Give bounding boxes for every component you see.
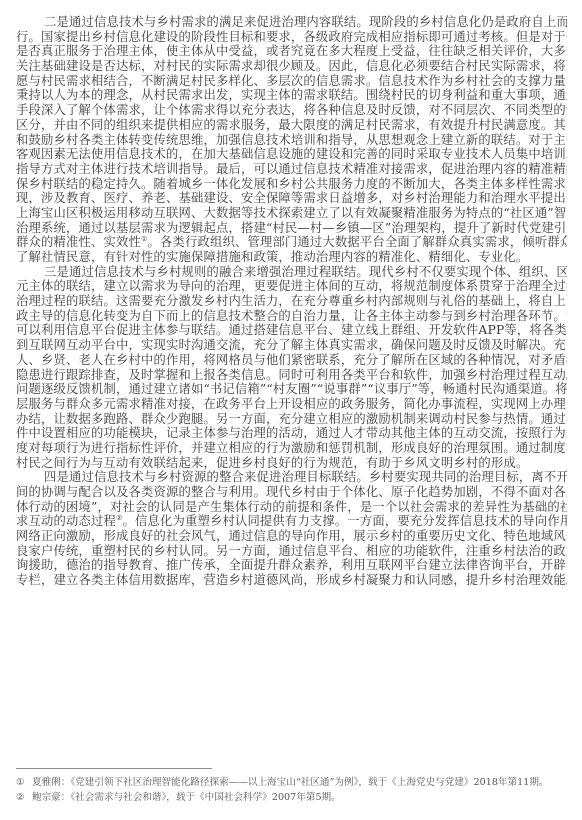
text-line: 询援助，德治的指导教育、推广传承，全面提升群众素养，利用互联网平台建立法律咨询平… <box>16 558 567 573</box>
document-page: 二是通过信息技术与乡村需求的满足来促进治理内容联结。现阶段的乡村信息化仍是政府自… <box>0 0 582 820</box>
text-line: 良家户传统，重塑村民的乡村认同。另一方面，通过信息平台、相应的功能软件，注重乡村… <box>16 544 567 559</box>
footnote-divider <box>16 768 212 769</box>
text-line: 间的协调与配合以及各类资源的整合与利用。现代乡村由于个体化、原子化趋势加剧，不得… <box>16 485 567 500</box>
text-line: 度对每项行为进行指标性评价，并建立相应的行为激励和惩罚机制，形成良好的治理氛围。… <box>16 441 567 456</box>
text-line: 到互联网互动平台中，实现实时沟通交流，充分了解主体真实需求，确保问题及时反馈及时… <box>16 338 567 353</box>
footnote-marker: ① <box>16 775 32 790</box>
footnote-reference[interactable]: ② <box>116 514 122 522</box>
text-line: 元主体的联结，建立以需求为导向的治理，更要促进主体间的互动，将规范制度体系贯穿于… <box>16 279 567 294</box>
text-line: 现，涉及教育、医疗、养老、基础建设、安全保障等需求日益增多，对乡村治理能力和治理… <box>16 191 567 206</box>
text-line: 办结，让数据多跑路、群众少跑腿。另一方面，充分建立相应的激励机制来调动村民参与热… <box>16 412 567 427</box>
text-line: 隐患进行跟踪排查，及时掌握和上报各类信息。同时可利用各类平台和软件，加强乡村治理… <box>16 368 567 383</box>
text-line: 区分，并由不同的组织来提供相应的需求服务，最大限度的满足村民需求，有效提升村民满… <box>16 118 567 133</box>
text-line: 问题逐级反馈机制，通过建立诸如“书记信箱”“村友圈”“说事群”“议事厅”等，畅通… <box>16 382 567 397</box>
text-line: 群众的精准性、实效性①。各类行政组织、管理部门通过大数据平台全面了解群众真实需求… <box>16 235 567 250</box>
footnote: ②鲍宗豪：《社会需求与社会和谐》，载于《中国社会科学》2007年第5期。 <box>16 790 567 805</box>
text-line: 了解社情民意，有针对性的实施保障措施和政策，推动治理内容的精准化、精细化、专业化… <box>16 250 567 265</box>
text-line: 治理过程的联结。这需要充分激发乡村内生活力，在充分尊重乡村内部规则与礼俗的基础上… <box>16 294 567 309</box>
text-line: 关注基础建设是否达标，对村民的实际需求却很少顾及。因此，信息化必须要结合村民实际… <box>16 59 567 74</box>
footnotes: ①夏雅俐：《党建引领下社区治理智能化路径探索——以上海宝山“社区通”为例》，载于… <box>16 775 567 805</box>
text-line: 村民之间行为与互动有效联结起来，促进乡村良好的行为规范，有助于乡风文明乡村的形成… <box>16 456 567 471</box>
text-line: 保乡村联结的稳定持久。随着城乡一体化发展和乡村公共服务力度的不断加大，各类主体多… <box>16 177 567 192</box>
paragraph-first-line: 三是通过信息技术与乡村规则的融合来增强治理过程联结。现代乡村不仅要实现个体、组织… <box>16 265 567 280</box>
text-line: 人、乡贤、老人在乡村中的作用，将网格员与他们紧密联系，充分了解所在区域的各种情况… <box>16 353 567 368</box>
body-text: 二是通过信息技术与乡村需求的满足来促进治理内容联结。现阶段的乡村信息化仍是政府自… <box>16 15 567 588</box>
text-line: 客观因素无法使用信息技术的，在加大基础信息设施的建设和完善的同时采取专业技术人员… <box>16 147 567 162</box>
text-line: 网络正向激励，形成良好的社会风气，通过信息的导向作用，展示乡村的重要历史文化、特… <box>16 529 567 544</box>
text-line: 政主导的信息化转变为自下而上的信息技术整合的自治力量，让各主体主动参与到乡村治理… <box>16 309 567 324</box>
text-line: 愿与村民需求相结合，不断满足村民多样化、多层次的信息需求。信息技术作为乡村社会的… <box>16 74 567 89</box>
text-line: 可以利用信息平台促进主体参与联结。通过搭建信息平台、建立线上群组、开发软件APP… <box>16 323 567 338</box>
text-line: 求互动的动态过程②。信息化为重塑乡村认同提供有力支撑。一方面，要充分发挥信息技术… <box>16 514 567 529</box>
text-line: 治理系统，通过以基层需求为逻辑起点，搭建“村民—村—乡镇—区”治理架构，提升了新… <box>16 221 567 236</box>
text-line: 指导方式对主体进行技术培训指导。最后，可以通过信息技术精准对接需求，促进治理内容… <box>16 162 567 177</box>
paragraph-first-line: 四是通过信息技术与乡村资源的整合来促进治理目标联结。乡村要实现共同的治理目标，离… <box>16 470 567 485</box>
text-line: 秉持以人为本的理念，从村民需求出发，实现主体的需求联结。围绕村民的切身利益和重大… <box>16 88 567 103</box>
footnote-text: 鲍宗豪：《社会需求与社会和谐》，载于《中国社会科学》2007年第5期。 <box>32 792 341 803</box>
text-line: 是否真正服务于治理主体，使主体从中受益，或者究竟在多大程度上受益，往往缺乏相关评… <box>16 44 567 59</box>
footnote-marker: ② <box>16 790 32 805</box>
footnote-text: 夏雅俐：《党建引领下社区治理智能化路径探索——以上海宝山“社区通”为例》，载于《… <box>32 777 549 788</box>
text-line: 上海宝山区积极运用移动互联网、大数据等技术探索建立了以有效凝聚精准服务为特点的“… <box>16 206 567 221</box>
text-line: 层服务与群众多元需求精准对接，在政务平台上开设相应的政务服务，简化办事流程，实现… <box>16 397 567 412</box>
text-line: 手段深入了解个体需求，让个体需求得以充分表达，将各种信息及时反馈，对不同层次、不… <box>16 103 567 118</box>
text-line: 专栏，建立各类主体信用数据库，营造乡村道德风尚，形成乡村凝聚力和认同感，提升乡村… <box>16 573 567 588</box>
footnote: ①夏雅俐：《党建引领下社区治理智能化路径探索——以上海宝山“社区通”为例》，载于… <box>16 775 567 790</box>
footnote-reference[interactable]: ① <box>141 235 147 243</box>
text-line: 件中设置相应的功能模块，记录主体参与治理的活动，通过人才带动其他主体的互动交流，… <box>16 426 567 441</box>
text-line: 行。国家提出乡村信息化建设的阶段性目标和要求，各级政府完成相应指标即可通过考核。… <box>16 30 567 45</box>
text-line: 和鼓励乡村各类主体转变传统思维，加强信息技术培训和指导，从思想观念上建立新的联结… <box>16 133 567 148</box>
paragraph-first-line: 二是通过信息技术与乡村需求的满足来促进治理内容联结。现阶段的乡村信息化仍是政府自… <box>16 15 567 30</box>
text-line: 体行动的困境”，对社会的认同是产生集体行动的前提和条件，是一个以社会需求的差异性… <box>16 500 567 515</box>
